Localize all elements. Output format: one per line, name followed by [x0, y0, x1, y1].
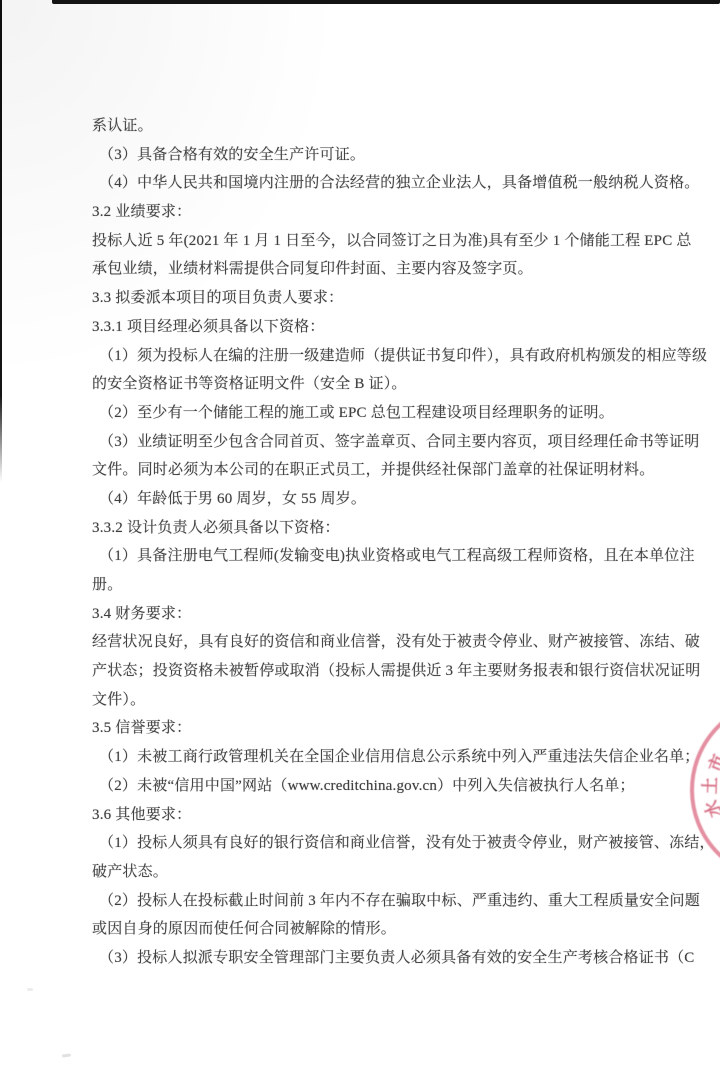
text-line: 或因自身的原因而使任何合同被解除的情形。: [92, 915, 670, 944]
text-line: 投标人近 5 年(2021 年 1 月 1 日至今，以合同签订之日为准)具有至少…: [92, 227, 670, 256]
seal-glyph: 水: [697, 798, 720, 822]
text-line: 承包业绩，业绩材料需提供合同复印件封面、主要内容及签字页。: [92, 255, 670, 284]
text-line: 文件。同时必须为本公司的在职正式员工，并提供经社保部门盖章的社保证明材料。: [92, 456, 670, 485]
scanned-document-page: 系认证。（3）具备合格有效的安全生产许可证。（4）中华人民共和国境内注册的合法经…: [0, 0, 720, 1080]
text-line: 3.2 业绩要求：: [92, 198, 670, 227]
seal-ring: [690, 698, 720, 882]
text-line: 的安全资格证书等资格证明文件（安全 B 证）。: [92, 370, 670, 399]
text-line: （1）须为投标人在编的注册一级建造师（提供证书复印件），具有政府机构颁发的相应等…: [92, 342, 670, 371]
text-line: （3）业绩证明至少包含合同首页、签字盖章页、合同主要内容页，项目经理任命书等证明: [92, 428, 670, 457]
text-line: （4）中华人民共和国境内注册的合法经营的独立企业法人，具备增值税一般纳税人资格。: [92, 169, 670, 198]
text-line: 经营状况良好，具有良好的资信和商业信誉，没有处于被责令停业、财产被接管、冻结、破: [92, 628, 670, 657]
text-line: （3）具备合格有效的安全生产许可证。: [92, 141, 670, 170]
scan-edge-top: [52, 0, 720, 4]
text-line: 系认证。: [92, 112, 670, 141]
text-line: 3.5 信誉要求：: [92, 714, 670, 743]
text-line: （4）年龄低于男 60 周岁，女 55 周岁。: [92, 485, 670, 514]
text-line: 文件）。: [92, 686, 670, 715]
text-line: 3.3.1 项目经理必须具备以下资格：: [92, 313, 670, 342]
document-body: 系认证。（3）具备合格有效的安全生产许可证。（4）中华人民共和国境内注册的合法经…: [92, 112, 670, 973]
company-seal: 公 市 土 水: [690, 698, 720, 882]
scan-edge-left: [0, 0, 2, 482]
seal-glyph: 市: [701, 750, 720, 775]
text-line: 3.3 拟委派本项目的项目负责人要求：: [92, 284, 670, 313]
text-line: 破产状态。: [92, 858, 670, 887]
seal-glyph: 土: [696, 777, 720, 795]
scan-speck: [27, 988, 33, 991]
text-line: （1）未被工商行政管理机关在全国企业信用信息公示系统中列入严重违法失信企业名单；: [92, 743, 670, 772]
text-line: （2）至少有一个储能工程的施工或 EPC 总包工程建设项目经理职务的证明。: [92, 399, 670, 428]
text-line: （3）投标人拟派专职安全管理部门主要负责人必须具备有效的安全生产考核合格证书（C: [92, 944, 670, 973]
text-line: （2）投标人在投标截止时间前 3 年内不存在骗取中标、严重违约、重大工程质量安全…: [92, 887, 670, 916]
text-line: 产状态；投资资格未被暂停或取消（投标人需提供近 3 年主要财务报表和银行资信状况…: [92, 657, 670, 686]
text-line: （2）未被“信用中国”网站（www.creditchina.gov.cn）中列入…: [92, 772, 670, 801]
text-line: 3.3.2 设计负责人必须具备以下资格：: [92, 514, 670, 543]
text-line: 3.6 其他要求：: [92, 801, 670, 830]
text-line: 册。: [92, 571, 670, 600]
text-line: （1）具备注册电气工程师(发输变电)执业资格或电气工程高级工程师资格，且在本单位…: [92, 542, 670, 571]
text-line: （1）投标人须具有良好的银行资信和商业信誉，没有处于被责令停业，财产被接管、冻结…: [92, 829, 670, 858]
seal-glyph: 公: [714, 728, 720, 757]
text-line: 3.4 财务要求：: [92, 600, 670, 629]
scan-speck: [62, 1053, 71, 1057]
